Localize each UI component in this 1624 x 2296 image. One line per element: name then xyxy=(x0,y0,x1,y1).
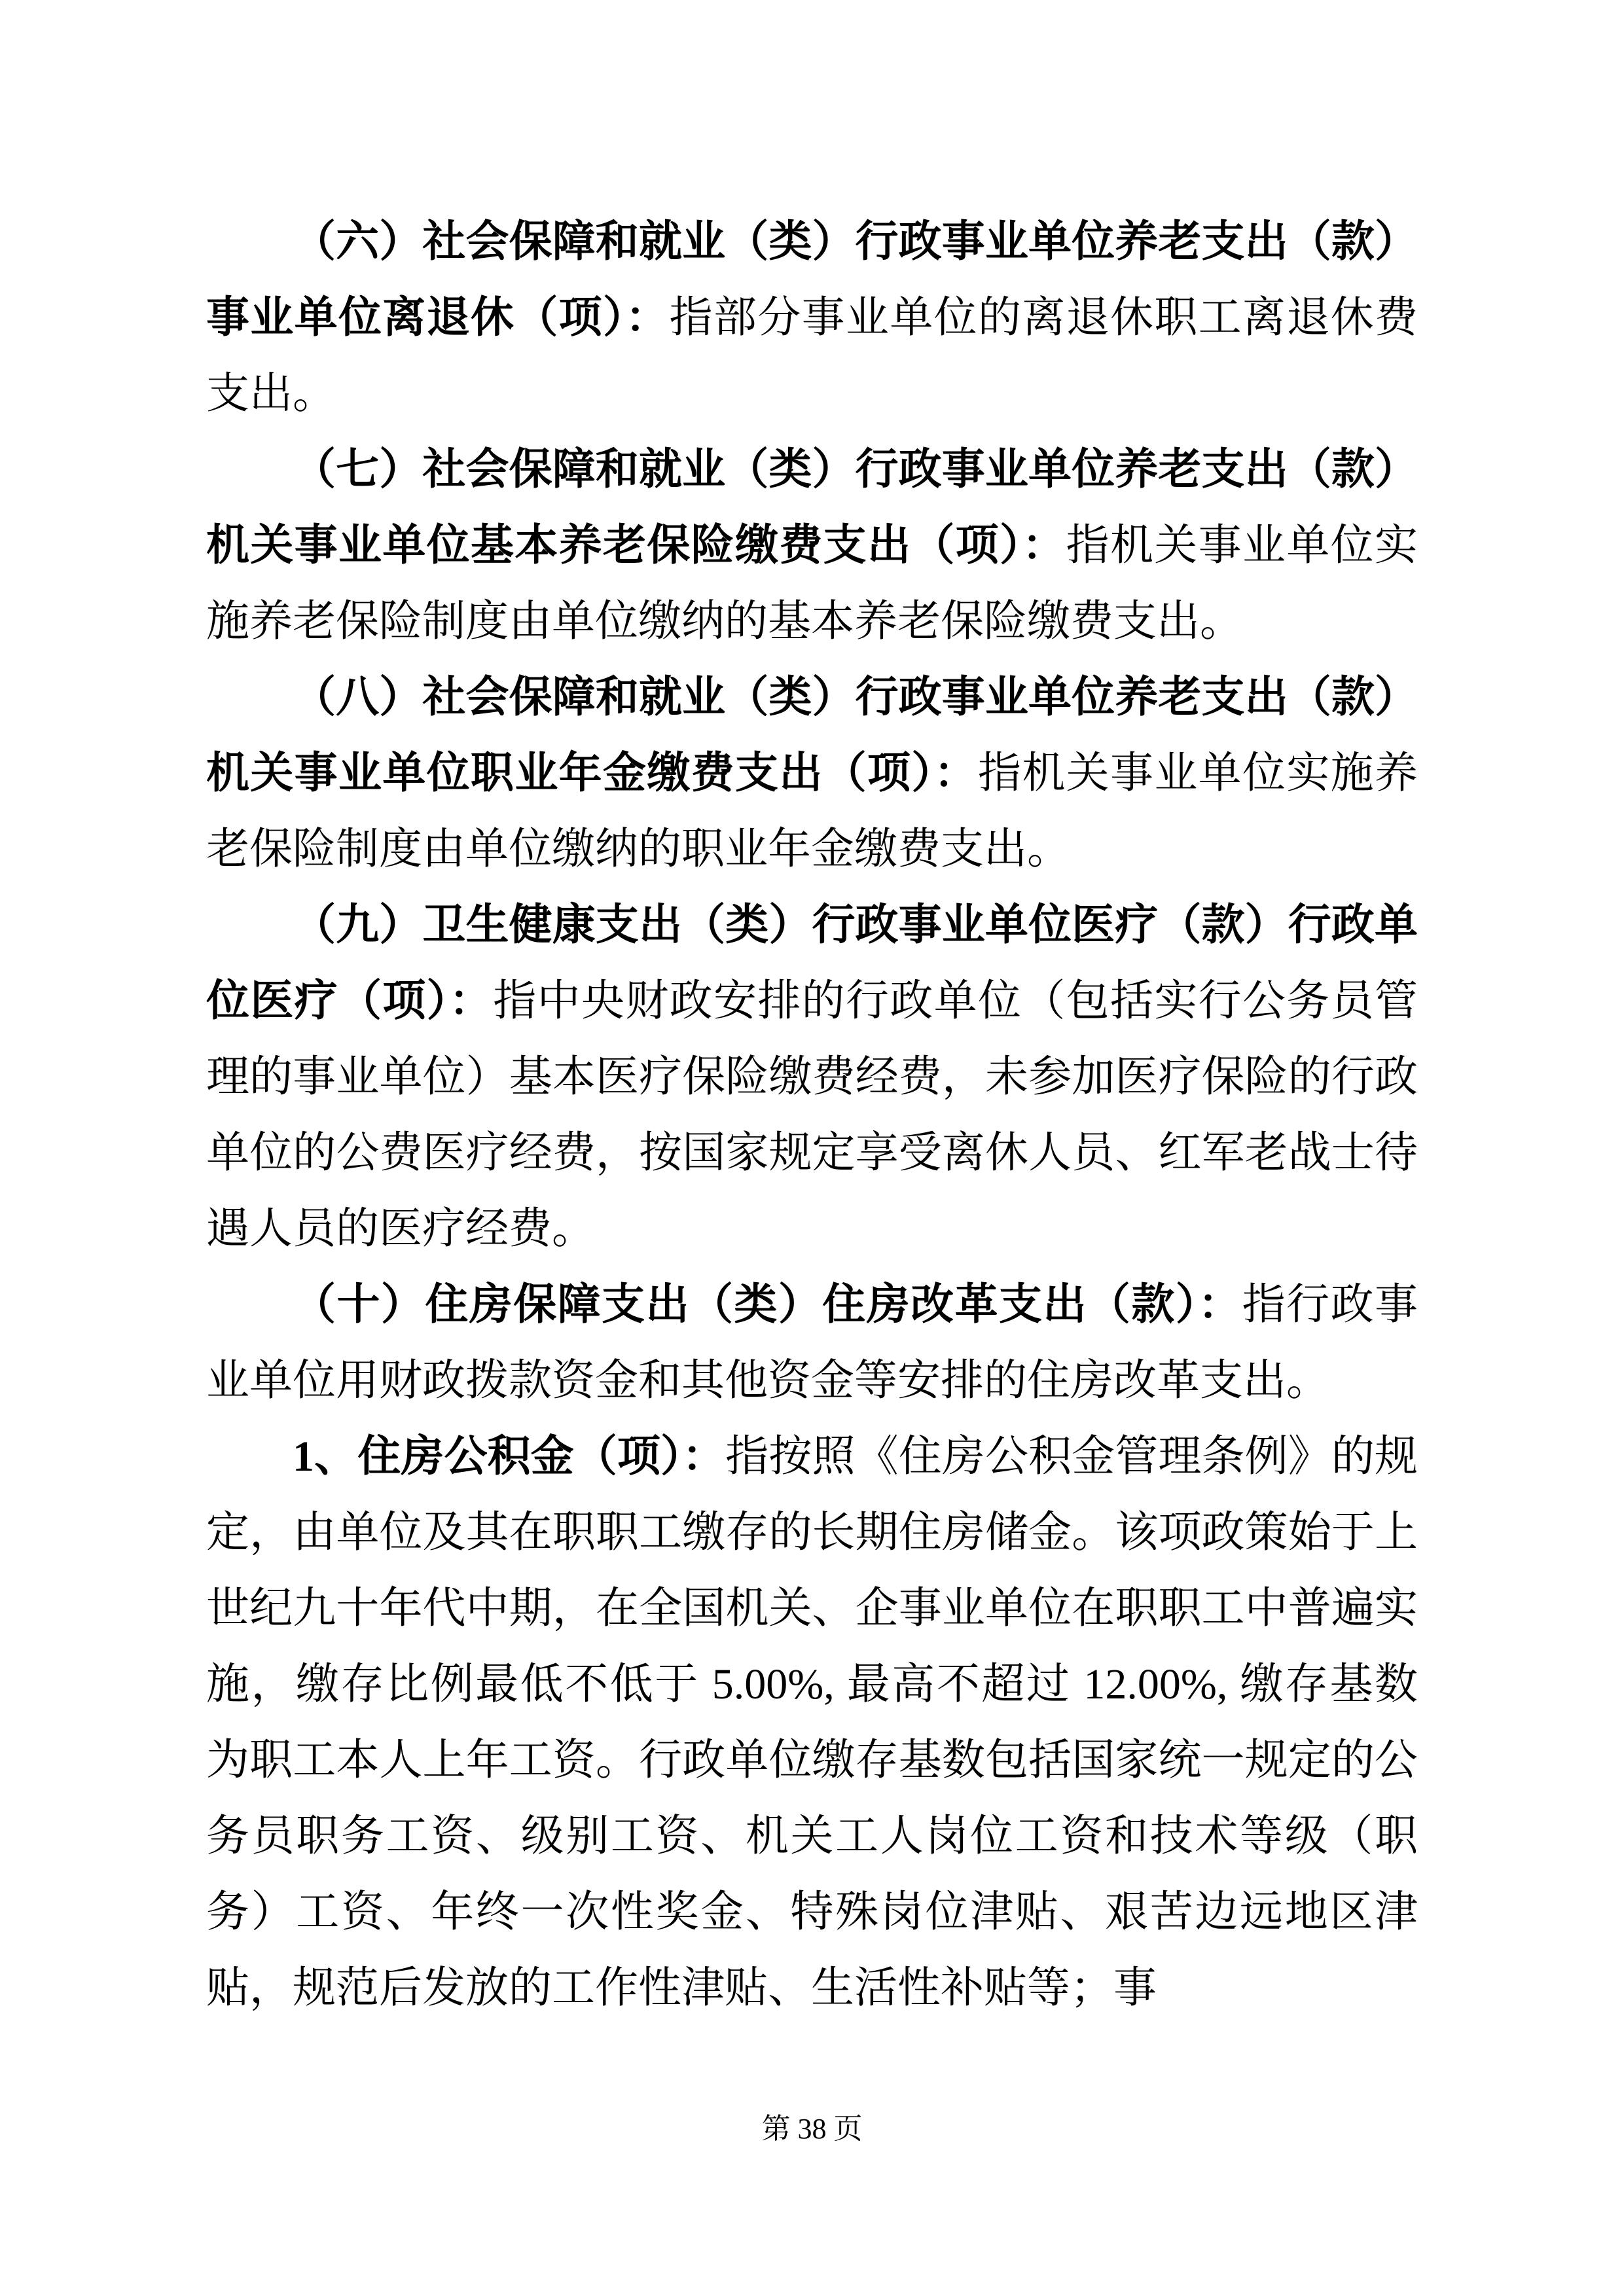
page-number: 第 38 页 xyxy=(762,2113,863,2145)
paragraph: （七）社会保障和就业（类）行政事业单位养老支出（款）机关事业单位基本养老保险缴费… xyxy=(206,432,1418,660)
clause-text: 指按照《住房公积金管理条例》的规定，由单位及其在职职工缴存的长期住房储金。该项政… xyxy=(206,1433,1418,2012)
paragraph: （九）卫生健康支出（类）行政事业单位医疗（款）行政单位医疗（项）：指中央财政安排… xyxy=(206,888,1418,1267)
clause-heading: 1、住房公积金（项）： xyxy=(293,1433,725,1480)
paragraph: （六）社会保障和就业（类）行政事业单位养老支出（款）事业单位离退休（项）：指部分… xyxy=(206,204,1418,432)
document-body: （六）社会保障和就业（类）行政事业单位养老支出（款）事业单位离退休（项）：指部分… xyxy=(206,204,1418,2026)
paragraph: （十）住房保障支出（类）住房改革支出（款）：指行政事业单位用财政拨款资金和其他资… xyxy=(206,1267,1418,1419)
clause-heading: （十）住房保障支出（类）住房改革支出（款）： xyxy=(293,1281,1242,1329)
paragraph: 1、住房公积金（项）：指按照《住房公积金管理条例》的规定，由单位及其在职职工缴存… xyxy=(206,1419,1418,2026)
document-page: （六）社会保障和就业（类）行政事业单位养老支出（款）事业单位离退休（项）：指部分… xyxy=(0,0,1624,2296)
page-footer: 第 38 页 xyxy=(0,2109,1624,2149)
paragraph: （八）社会保障和就业（类）行政事业单位养老支出（款）机关事业单位职业年金缴费支出… xyxy=(206,660,1418,888)
